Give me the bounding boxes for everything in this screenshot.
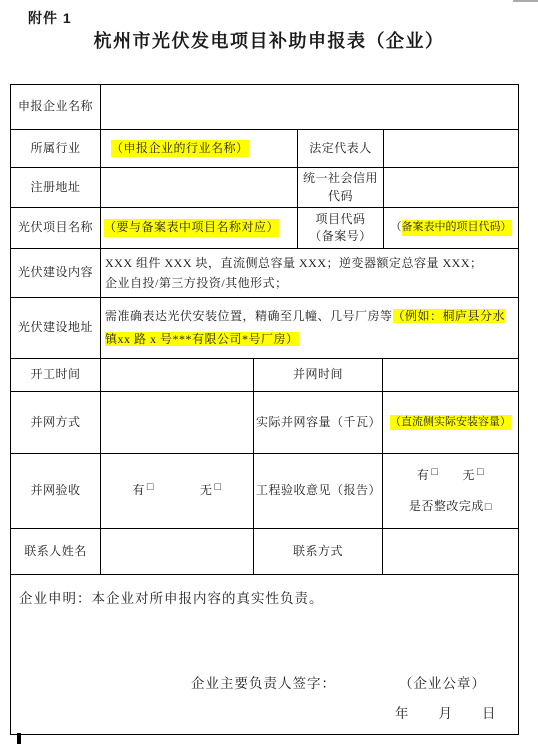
construction-content-line2: 企业自投/第三方投资/其他形式； xyxy=(105,273,288,293)
grid-time-label: 并网时间 xyxy=(254,359,383,391)
engineering-opinion-label: 工程验收意见（报告） xyxy=(254,454,383,528)
grid-time-field xyxy=(383,359,518,391)
project-code-label-line2: （备案号） xyxy=(309,229,372,243)
row-grid-mode: 并网方式 实际并网容量（千瓦） （直流侧实际安装容量） xyxy=(11,392,518,454)
acceptance-label: 并网验收 xyxy=(11,454,101,528)
acceptance-yes-option: 有□ xyxy=(132,482,154,500)
industry-field: （申报企业的行业名称） xyxy=(101,130,298,167)
checkbox-icon: □ xyxy=(431,465,438,481)
row-construction-content: 光伏建设内容 XXX 组件 XXX 块，直流侧总容量 XXX；逆变器额定总容量 … xyxy=(11,249,518,298)
contact-name-field xyxy=(101,529,254,574)
row-declaration: 企业申明：本企业对所申报内容的真实性负责。 企业主要负责人签字： （企业公章） … xyxy=(11,575,518,734)
date-line: 年 月 日 xyxy=(395,704,497,724)
page-title: 杭州市光伏发电项目补助申报表（企业） xyxy=(0,27,538,53)
legal-rep-field xyxy=(384,130,518,167)
next-page-border-artifact xyxy=(17,733,21,744)
project-code-hint-highlight: 备案表中的项目代码） xyxy=(402,220,512,236)
row-times: 开工时间 并网时间 xyxy=(11,359,518,392)
reg-address-field xyxy=(101,168,298,207)
row-project-name: 光伏项目名称 （要与备案表中项目名称对应） 项目代码 （备案号） （备案表中的项… xyxy=(11,208,518,249)
project-code-label-line1: 项目代码 xyxy=(315,212,365,226)
pv-project-name-label: 光伏项目名称 xyxy=(11,208,101,248)
construction-content-label: 光伏建设内容 xyxy=(11,249,101,297)
pv-project-name-field: （要与备案表中项目名称对应） xyxy=(101,208,298,248)
row-reg-address: 注册地址 统一社会信用代码 xyxy=(11,168,518,208)
signature-label: 企业主要负责人签字： xyxy=(191,674,336,694)
actual-capacity-hint-highlight: （直流侧实际安装容量） xyxy=(390,415,511,431)
construction-content-line1: XXX 组件 XXX 块，直流侧总容量 XXX；逆变器额定总容量 XXX； xyxy=(105,253,483,273)
attachment-label: 附件 1 xyxy=(28,8,72,28)
contact-field xyxy=(383,529,518,574)
start-time-label: 开工时间 xyxy=(11,359,101,391)
credit-code-label: 统一社会信用代码 xyxy=(298,168,384,207)
top-edge-artifact xyxy=(513,0,538,2)
row-industry: 所属行业 （申报企业的行业名称） 法定代表人 xyxy=(11,130,518,168)
reg-address-label: 注册地址 xyxy=(11,168,101,207)
industry-label: 所属行业 xyxy=(11,130,101,167)
application-form-table: 申报企业名称 所属行业 （申报企业的行业名称） 法定代表人 注册地址 统一社会信… xyxy=(10,84,519,735)
checkbox-icon: □ xyxy=(477,465,484,481)
credit-code-field xyxy=(384,168,518,207)
row-construction-address: 光伏建设地址 需准确表达光伏安装位置，精确至几幢、几号厂房等（例如：桐庐县分水镇… xyxy=(11,298,518,359)
industry-hint-highlight: （申报企业的行业名称） xyxy=(111,140,249,157)
pv-project-name-hint-highlight: （要与备案表中项目名称对应） xyxy=(104,219,279,236)
row-acceptance: 并网验收 有□ 无□ 工程验收意见（报告） 有□ 无□ 是否整改完成□ xyxy=(11,454,518,529)
declaration-cell: 企业申明：本企业对所申报内容的真实性负责。 企业主要负责人签字： （企业公章） … xyxy=(11,575,518,734)
project-code-label: 项目代码 （备案号） xyxy=(298,208,384,248)
project-code-field: （备案表中的项目代码） xyxy=(384,208,518,248)
opinion-no-option: 无□ xyxy=(463,467,485,485)
checkbox-icon: □ xyxy=(147,480,154,496)
row-contact: 联系人姓名 联系方式 xyxy=(11,529,518,575)
grid-mode-label: 并网方式 xyxy=(11,392,101,453)
enterprise-name-field xyxy=(101,85,518,129)
opinion-yes-option: 有□ xyxy=(417,467,439,485)
seal-label: （企业公章） xyxy=(399,674,486,694)
actual-capacity-label: 实际并网容量（千瓦） xyxy=(254,392,383,453)
declaration-text: 企业申明：本企业对所申报内容的真实性负责。 xyxy=(19,589,324,609)
row-enterprise-name: 申报企业名称 xyxy=(11,85,518,130)
contact-name-label: 联系人姓名 xyxy=(11,529,101,574)
construction-address-field: 需准确表达光伏安装位置，精确至几幢、几号厂房等（例如：桐庐县分水镇xx 路 x … xyxy=(101,298,518,358)
actual-capacity-field: （直流侧实际安装容量） xyxy=(383,392,518,453)
enterprise-name-label: 申报企业名称 xyxy=(11,85,101,129)
rectification-option: 是否整改完成□ xyxy=(409,498,492,516)
legal-rep-label: 法定代表人 xyxy=(298,130,384,167)
construction-content-field: XXX 组件 XXX 块，直流侧总容量 XXX；逆变器额定总容量 XXX； 企业… xyxy=(101,249,518,297)
acceptance-field: 有□ 无□ xyxy=(101,454,254,528)
checkbox-icon: □ xyxy=(215,480,222,496)
engineering-opinion-field: 有□ 无□ 是否整改完成□ xyxy=(383,454,518,528)
contact-label: 联系方式 xyxy=(254,529,383,574)
construction-address-text: 需准确表达光伏安装位置，精确至几幢、几号厂房等 xyxy=(105,309,393,323)
acceptance-no-option: 无□ xyxy=(200,482,222,500)
grid-mode-field xyxy=(101,392,254,453)
start-time-field xyxy=(101,359,254,391)
checkbox-icon: □ xyxy=(485,500,492,516)
project-code-hint-prefix: （ xyxy=(391,220,402,236)
construction-address-label: 光伏建设地址 xyxy=(11,298,101,358)
